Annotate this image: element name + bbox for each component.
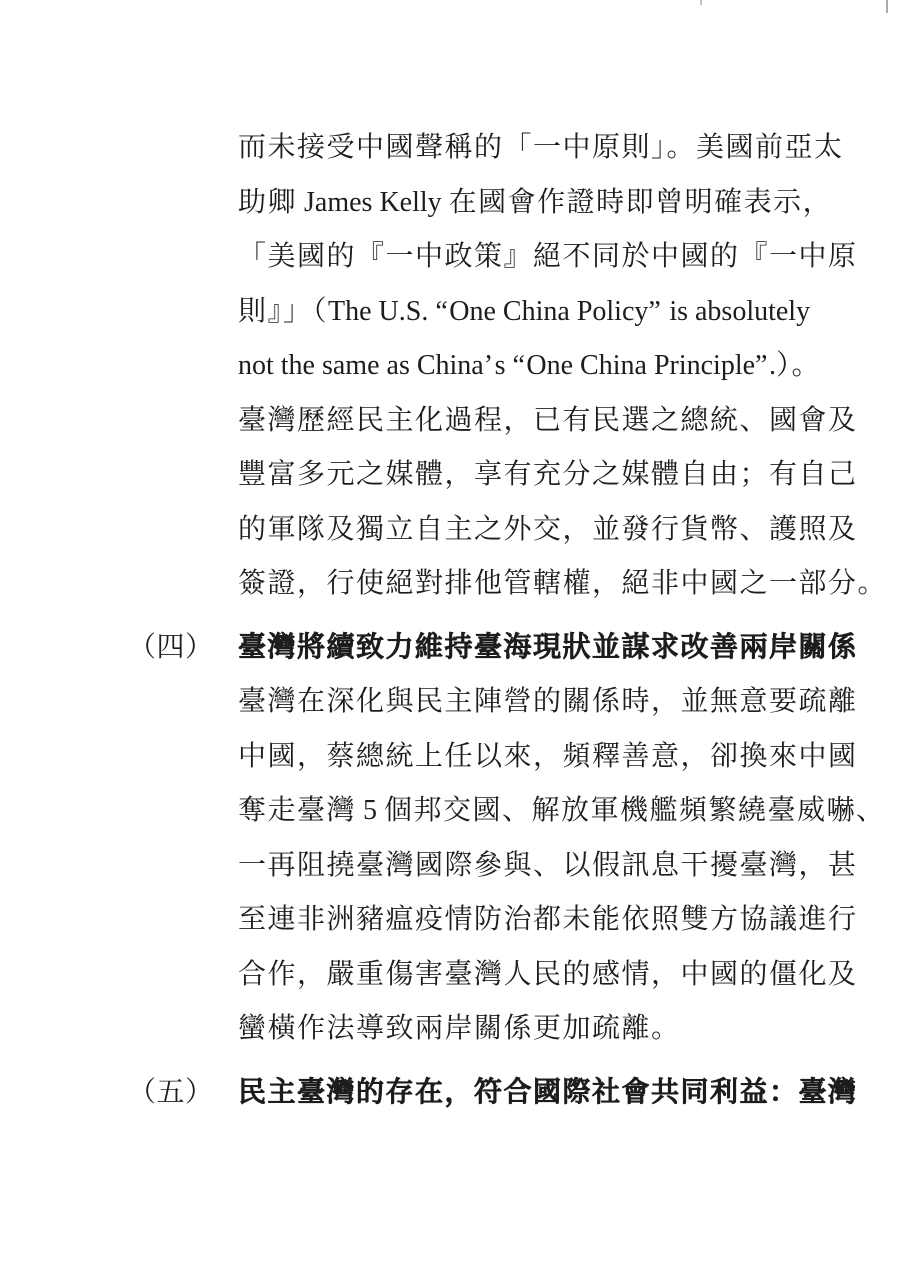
text-line: 合作，嚴重傷害臺灣人民的感情，中國的僵化及	[0, 948, 906, 1003]
line-text: 蠻橫作法導致兩岸關係更加疏離。	[238, 1002, 681, 1057]
line-text: 中國，蔡總統上任以來，頻釋善意，卻換來中國	[238, 730, 858, 785]
section-marker: （四）	[128, 621, 214, 676]
line-text: 一再阻撓臺灣國際參與、以假訊息干擾臺灣，甚	[238, 839, 858, 894]
line-text: 臺灣將續致力維持臺海現狀並謀求改善兩岸關係	[238, 621, 858, 676]
text-line: 一再阻撓臺灣國際參與、以假訊息干擾臺灣，甚	[0, 839, 906, 894]
text-line: 臺灣在深化與民主陣營的關係時，並無意要疏離	[0, 675, 906, 730]
scan-artifact-tick	[700, 0, 702, 5]
text-line: 的軍隊及獨立自主之外交，並發行貨幣、護照及	[0, 503, 906, 558]
text-line: 則』」（The U.S. “One China Policy” is absol…	[0, 285, 906, 340]
line-text: 而未接受中國聲稱的「一中原則」。美國前亞太	[238, 121, 844, 176]
text-line: 至連非洲豬瘟疫情防治都未能依照雙方協議進行	[0, 893, 906, 948]
section-marker: （五）	[128, 1066, 214, 1121]
text-line: 奪走臺灣 5 個邦交國、解放軍機艦頻繁繞臺威嚇、	[0, 784, 906, 839]
line-text: 豐富多元之媒體，享有充分之媒體自由；有自己	[238, 448, 858, 503]
line-text: 臺灣歷經民主化過程，已有民選之總統、國會及	[238, 394, 858, 449]
line-text: 合作，嚴重傷害臺灣人民的感情，中國的僵化及	[238, 948, 858, 1003]
text-line: 助卿 James Kelly 在國會作證時即曾明確表示，	[0, 176, 906, 231]
scan-artifact-tick	[886, 0, 888, 13]
line-text: 臺灣在深化與民主陣營的關係時，並無意要疏離	[238, 675, 858, 730]
line-text: 至連非洲豬瘟疫情防治都未能依照雙方協議進行	[238, 893, 858, 948]
line-text: 民主臺灣的存在，符合國際社會共同利益：臺灣	[238, 1066, 858, 1121]
text-line: 簽證，行使絕對排他管轄權，絕非中國之一部分。	[0, 557, 906, 612]
text-line: 「美國的『一中政策』絕不同於中國的『一中原	[0, 230, 906, 285]
text-line: not the same as China’s “One China Princ…	[0, 339, 906, 394]
line-text: 簽證，行使絕對排他管轄權，絕非中國之一部分。	[238, 557, 887, 612]
text-line: 而未接受中國聲稱的「一中原則」。美國前亞太	[0, 121, 906, 176]
line-text: 則』」（The U.S. “One China Policy” is absol…	[238, 285, 810, 340]
text-line: （五） 民主臺灣的存在，符合國際社會共同利益：臺灣	[0, 1066, 906, 1121]
text-line: 蠻橫作法導致兩岸關係更加疏離。	[0, 1002, 906, 1057]
line-text: not the same as China’s “One China Princ…	[238, 339, 821, 394]
text-line: 臺灣歷經民主化過程，已有民選之總統、國會及	[0, 394, 906, 449]
line-text: 奪走臺灣 5 個邦交國、解放軍機艦頻繁繞臺威嚇、	[238, 784, 886, 839]
text-line: （四） 臺灣將續致力維持臺海現狀並謀求改善兩岸關係	[0, 621, 906, 676]
text-line: 中國，蔡總統上任以來，頻釋善意，卻換來中國	[0, 730, 906, 785]
scanned-document-page: 而未接受中國聲稱的「一中原則」。美國前亞太 助卿 James Kelly 在國會…	[0, 0, 906, 1280]
line-text: 助卿 James Kelly 在國會作證時即曾明確表示，	[238, 176, 832, 231]
line-text: 「美國的『一中政策』絕不同於中國的『一中原	[238, 230, 858, 285]
text-line: 豐富多元之媒體，享有充分之媒體自由；有自己	[0, 448, 906, 503]
document-body: 而未接受中國聲稱的「一中原則」。美國前亞太 助卿 James Kelly 在國會…	[0, 121, 906, 1120]
line-text: 的軍隊及獨立自主之外交，並發行貨幣、護照及	[238, 503, 858, 558]
